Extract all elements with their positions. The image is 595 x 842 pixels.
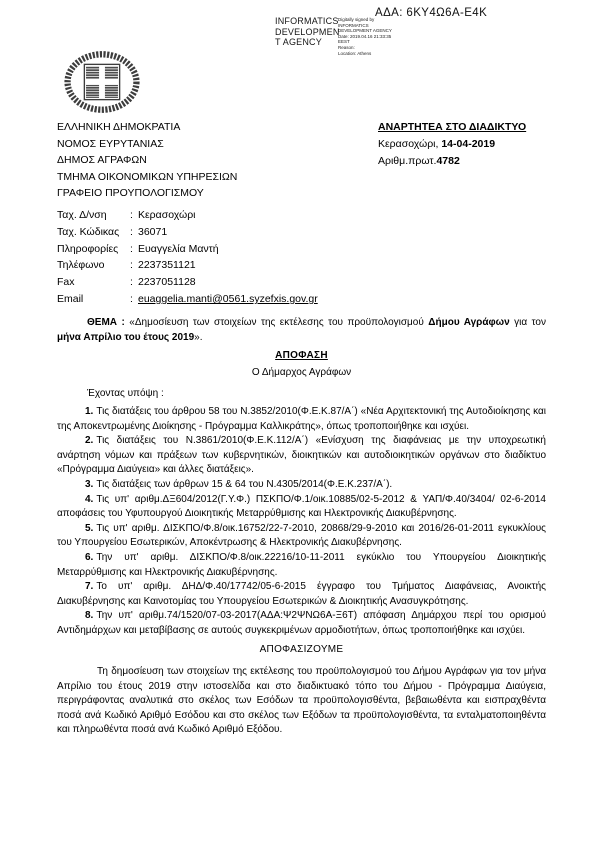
contact-row-address: Ταχ. Δ/νση:Κερασοχώρι <box>57 207 318 224</box>
web-posting-notice: ΑΝΑΡΤΗΤΕΑ ΣΤΟ ΔΙΑΔΙΚΤΥΟ <box>378 119 526 136</box>
contact-row-info: Πληροφορίες:Ευαγγελία Μαντή <box>57 241 318 258</box>
legal-item-2: 2.Τις διατάξεις του Ν.3861/2010(Φ.Ε.Κ.11… <box>57 434 546 478</box>
email-link[interactable]: euaggelia.manti@0561.syzefxis.gov.gr <box>138 293 318 305</box>
contact-row-postcode: Ταχ. Κώδικας:36071 <box>57 224 318 241</box>
stamp-agency-line: DEVELOPMEN <box>275 27 337 38</box>
protocol-line: Αριθμ.πρωτ.4782 <box>378 153 526 170</box>
document-date: 14-04-2019 <box>441 138 495 150</box>
legal-item-7: 7.Το υπ' αριθμ. ΔΗΔ/Φ.40/17742/05-6-2015… <box>57 580 546 609</box>
stamp-agency-line: INFORMATICS <box>275 16 337 27</box>
contact-row-fax: Fax:2237051128 <box>57 274 318 291</box>
decide-heading: ΑΠΟΦΑΣΙΖΟΥΜΕ <box>57 643 546 658</box>
protocol-label: Αριθμ.πρωτ. <box>378 155 436 167</box>
phone-value: 2237351121 <box>138 259 196 271</box>
subject-label: ΘΕΜΑ : <box>87 317 129 328</box>
decision-heading: ΑΠΟΦΑΣΗ <box>57 349 546 364</box>
stamp-agency-line: T AGENCY <box>275 37 337 48</box>
legal-item-8: 8.Την υπ' αριθμ.74/1520/07-03-2017(ΑΔΑ:Ψ… <box>57 609 546 638</box>
decision-text: Τη δημοσίευση των στοιχείων της εκτέλεση… <box>57 665 546 738</box>
decision-subheading: Ο Δήμαρχος Αγράφων <box>57 366 546 381</box>
legal-item-5: 5.Τις υπ' αριθμ. ΔΙΣΚΠΟ/Φ.8/οικ.16752/22… <box>57 522 546 551</box>
fax-value: 2237051128 <box>138 276 196 288</box>
document-page: ΑΔΑ: 6ΚΥ4Ω6Α-Ε4Κ INFORMATICS DEVELOPMEN … <box>0 0 595 842</box>
document-body: ΘΕΜΑ : «Δημοσίευση των στοιχείων της εκτ… <box>57 316 546 738</box>
legal-item-6: 6.Την υπ' αριθμ. ΔΙΣΚΠΟ/Φ.8/οικ.22216/10… <box>57 551 546 580</box>
authority-line: ΔΗΜΟΣ ΑΓΡΑΦΩΝ <box>57 152 237 169</box>
digital-signature-stamp: INFORMATICS DEVELOPMEN T AGENCY <box>275 16 337 48</box>
subject-paragraph: ΘΕΜΑ : «Δημοσίευση των στοιχείων της εκτ… <box>57 316 546 345</box>
info-person-value: Ευαγγελία Μαντή <box>138 243 219 255</box>
publication-block: ΑΝΑΡΤΗΤΕΑ ΣΤΟ ΔΙΑΔΙΚΤΥΟ Κερασοχώρι, 14-0… <box>378 119 526 170</box>
legal-item-1: 1.Τις διατάξεις του άρθρου 58 του Ν.3852… <box>57 405 546 434</box>
legal-item-4: 4.Τις υπ' αριθμ.ΔΞ604/2012(Γ.Υ.Φ.) ΠΣΚΠΟ… <box>57 493 546 522</box>
legal-item-3: 3.Τις διατάξεις των άρθρων 15 & 64 του Ν… <box>57 478 546 493</box>
greek-coat-of-arms-icon <box>60 50 144 114</box>
protocol-number: 4782 <box>436 155 459 167</box>
authority-line: ΤΜΗΜΑ ΟΙΚΟΝΟΜΙΚΩΝ ΥΠΗΡΕΣΙΩΝ <box>57 169 237 186</box>
signature-details: Digitally signed by INFORMATICS DEVELOPM… <box>338 17 408 56</box>
signature-detail-line: Location: Athens <box>338 51 408 57</box>
contact-details-block: Ταχ. Δ/νση:Κερασοχώρι Ταχ. Κώδικας:36071… <box>57 207 318 308</box>
contact-row-phone: Τηλέφωνο:2237351121 <box>57 257 318 274</box>
issuing-authority-block: ΕΛΛΗΝΙΚΗ ΔΗΜΟΚΡΑΤΙΑ ΝΟΜΟΣ ΕΥΡΥΤΑΝΙΑΣ ΔΗΜ… <box>57 119 237 202</box>
authority-line: ΝΟΜΟΣ ΕΥΡΥΤΑΝΙΑΣ <box>57 136 237 153</box>
authority-line: ΓΡΑΦΕΙΟ ΠΡΟΥΠΟΛΟΓΙΣΜΟΥ <box>57 185 237 202</box>
contact-row-email: Email:euaggelia.manti@0561.syzefxis.gov.… <box>57 291 318 308</box>
authority-line: ΕΛΛΗΝΙΚΗ ΔΗΜΟΚΡΑΤΙΑ <box>57 119 237 136</box>
place: Κερασοχώρι, <box>378 138 441 150</box>
place-date-line: Κερασοχώρι, 14-04-2019 <box>378 136 526 153</box>
address-value: Κερασοχώρι <box>138 209 196 221</box>
postcode-value: 36071 <box>138 226 167 238</box>
preamble: Έχοντας υπόψη : <box>57 387 546 402</box>
